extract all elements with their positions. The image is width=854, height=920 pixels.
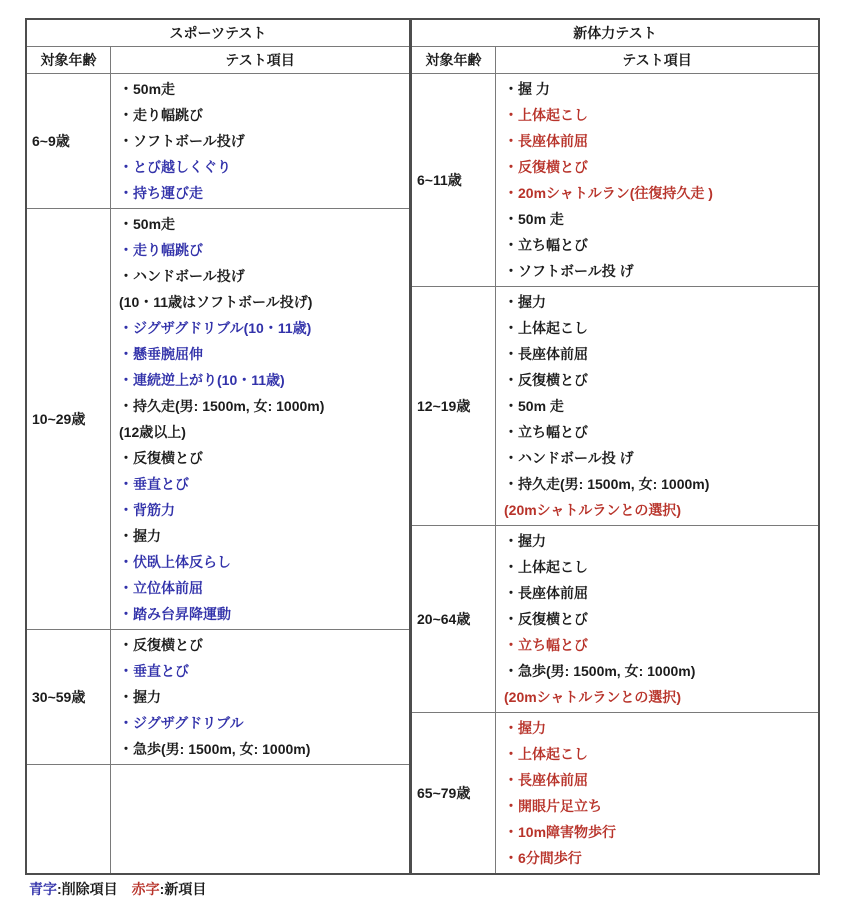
test-item: ・持ち運び走 (119, 180, 405, 206)
test-item: ・持久走(男: 1500m, 女: 1000m) (119, 393, 405, 419)
age-range: 6~9歳 (27, 74, 111, 208)
test-item: ・上体起こし (504, 741, 814, 767)
comparison-tables: スポーツテスト 対象年齢 テスト項目 6~9歳・50m走・走り幅跳び・ソフトボー… (25, 18, 820, 875)
test-items-cell: ・握力・上体起こし・長座体前屈・反復横とび・立ち幅とび・急歩(男: 1500m,… (496, 526, 818, 712)
test-items-cell: ・50m走・走り幅跳び・ソフトボール投げ・とび越しくぐり・持ち運び走 (111, 74, 409, 208)
test-item: ・懸垂腕屈伸 (119, 341, 405, 367)
items-column-header: テスト項目 (111, 47, 409, 73)
sports-test-table: スポーツテスト 対象年齢 テスト項目 6~9歳・50m走・走り幅跳び・ソフトボー… (25, 18, 410, 875)
age-group-row: 20~64歳・握力・上体起こし・長座体前屈・反復横とび・立ち幅とび・急歩(男: … (412, 526, 818, 713)
table-body: 6~11歳・握 力・上体起こし・長座体前屈・反復横とび・20mシャトルラン(往復… (412, 74, 818, 873)
new-fitness-test-table: 新体力テスト 対象年齢 テスト項目 6~11歳・握 力・上体起こし・長座体前屈・… (410, 18, 820, 875)
age-group-row: 10~29歳・50m走・走り幅跳び・ハンドボール投げ(10・11歳はソフトボール… (27, 209, 409, 630)
test-item: (20mシャトルランとの選択) (504, 684, 814, 710)
test-item: ・反復横とび (504, 606, 814, 632)
test-item: ・10m障害物歩行 (504, 819, 814, 845)
age-group-row: 6~11歳・握 力・上体起こし・長座体前屈・反復横とび・20mシャトルラン(往復… (412, 74, 818, 287)
test-item: ・50m 走 (504, 206, 814, 232)
test-item: ・握 力 (504, 76, 814, 102)
table-body: 6~9歳・50m走・走り幅跳び・ソフトボール投げ・とび越しくぐり・持ち運び走10… (27, 74, 409, 873)
test-item: (12歳以上) (119, 419, 405, 445)
test-item: ・急歩(男: 1500m, 女: 1000m) (504, 658, 814, 684)
age-range: 65~79歳 (412, 713, 496, 873)
test-item: ・握力 (119, 523, 405, 549)
test-item: ・6分間歩行 (504, 845, 814, 871)
test-item: ・踏み台昇降運動 (119, 601, 405, 627)
test-item: ・垂直とび (119, 471, 405, 497)
age-range: 6~11歳 (412, 74, 496, 286)
test-item: ・上体起こし (504, 102, 814, 128)
test-item: ・伏臥上体反らし (119, 549, 405, 575)
test-items-cell: ・50m走・走り幅跳び・ハンドボール投げ(10・11歳はソフトボール投げ)・ジグ… (111, 209, 409, 629)
test-item: ・握力 (504, 528, 814, 554)
test-item: ・握力 (119, 684, 405, 710)
age-group-row: 12~19歳・握力・上体起こし・長座体前屈・反復横とび・50m 走・立ち幅とび・… (412, 287, 818, 526)
test-item: ・握力 (504, 289, 814, 315)
test-item: ・立位体前屈 (119, 575, 405, 601)
test-item: ・長座体前屈 (504, 767, 814, 793)
legend-red-desc: :新項目 (160, 881, 207, 897)
table-header-row: 対象年齢 テスト項目 (27, 47, 409, 74)
test-item: ・とび越しくぐり (119, 154, 405, 180)
test-item: ・上体起こし (504, 554, 814, 580)
age-group-row: 6~9歳・50m走・走り幅跳び・ソフトボール投げ・とび越しくぐり・持ち運び走 (27, 74, 409, 209)
test-item: ・50m走 (119, 211, 405, 237)
test-item: ・立ち幅とび (504, 632, 814, 658)
test-item: ・反復横とび (504, 154, 814, 180)
test-item: ・垂直とび (119, 658, 405, 684)
test-items-cell: ・握力・上体起こし・長座体前屈・反復横とび・50m 走・立ち幅とび・ハンドボール… (496, 287, 818, 525)
test-item: ・持久走(男: 1500m, 女: 1000m) (504, 471, 814, 497)
test-item: ・50m 走 (504, 393, 814, 419)
table-header-row: 対象年齢 テスト項目 (412, 47, 818, 74)
test-item: ・上体起こし (504, 315, 814, 341)
test-item: ・50m走 (119, 76, 405, 102)
table-title: スポーツテスト (27, 20, 409, 47)
test-item: ・立ち幅とび (504, 419, 814, 445)
age-column-header: 対象年齢 (412, 47, 496, 73)
test-item: ・連続逆上がり(10・11歳) (119, 367, 405, 393)
age-range (27, 765, 111, 873)
legend-blue-label: 青字 (29, 881, 57, 897)
test-item: ・急歩(男: 1500m, 女: 1000m) (119, 736, 405, 762)
age-group-row: 30~59歳・反復横とび・垂直とび・握力・ジグザグドリブル・急歩(男: 1500… (27, 630, 409, 765)
age-group-row: 65~79歳・握力・上体起こし・長座体前屈・開眼片足立ち・10m障害物歩行・6分… (412, 713, 818, 873)
test-item: ・握力 (504, 715, 814, 741)
legend-red-label: 赤字 (132, 881, 160, 897)
test-item: ・走り幅跳び (119, 237, 405, 263)
test-items-cell: ・握力・上体起こし・長座体前屈・開眼片足立ち・10m障害物歩行・6分間歩行 (496, 713, 818, 873)
test-item: (10・11歳はソフトボール投げ) (119, 289, 405, 315)
test-item: ・ソフトボール投 げ (504, 258, 814, 284)
test-item: ・長座体前屈 (504, 580, 814, 606)
test-items-cell (111, 765, 409, 873)
table-title: 新体力テスト (412, 20, 818, 47)
test-item: ・背筋力 (119, 497, 405, 523)
test-items-cell: ・握 力・上体起こし・長座体前屈・反復横とび・20mシャトルラン(往復持久走 )… (496, 74, 818, 286)
test-items-cell: ・反復横とび・垂直とび・握力・ジグザグドリブル・急歩(男: 1500m, 女: … (111, 630, 409, 764)
test-item: ・走り幅跳び (119, 102, 405, 128)
test-item: ・ジグザグドリブル(10・11歳) (119, 315, 405, 341)
test-item: ・長座体前屈 (504, 341, 814, 367)
test-item: ・ハンドボール投げ (119, 263, 405, 289)
age-range: 20~64歳 (412, 526, 496, 712)
items-column-header: テスト項目 (496, 47, 818, 73)
test-item: ・長座体前屈 (504, 128, 814, 154)
test-item: ・ジグザグドリブル (119, 710, 405, 736)
test-item: ・反復横とび (504, 367, 814, 393)
age-range: 30~59歳 (27, 630, 111, 764)
legend-blue-desc: :削除項目 (57, 881, 118, 897)
test-item: ・開眼片足立ち (504, 793, 814, 819)
age-range: 10~29歳 (27, 209, 111, 629)
test-item: ・反復横とび (119, 445, 405, 471)
test-item: (20mシャトルランとの選択) (504, 497, 814, 523)
legend: 青字:削除項目赤字:新項目 (29, 879, 206, 899)
test-item: ・ソフトボール投げ (119, 128, 405, 154)
test-item: ・ハンドボール投 げ (504, 445, 814, 471)
test-item: ・立ち幅とび (504, 232, 814, 258)
age-group-row (27, 765, 409, 873)
age-column-header: 対象年齢 (27, 47, 111, 73)
test-item: ・反復横とび (119, 632, 405, 658)
age-range: 12~19歳 (412, 287, 496, 525)
test-item: ・20mシャトルラン(往復持久走 ) (504, 180, 814, 206)
